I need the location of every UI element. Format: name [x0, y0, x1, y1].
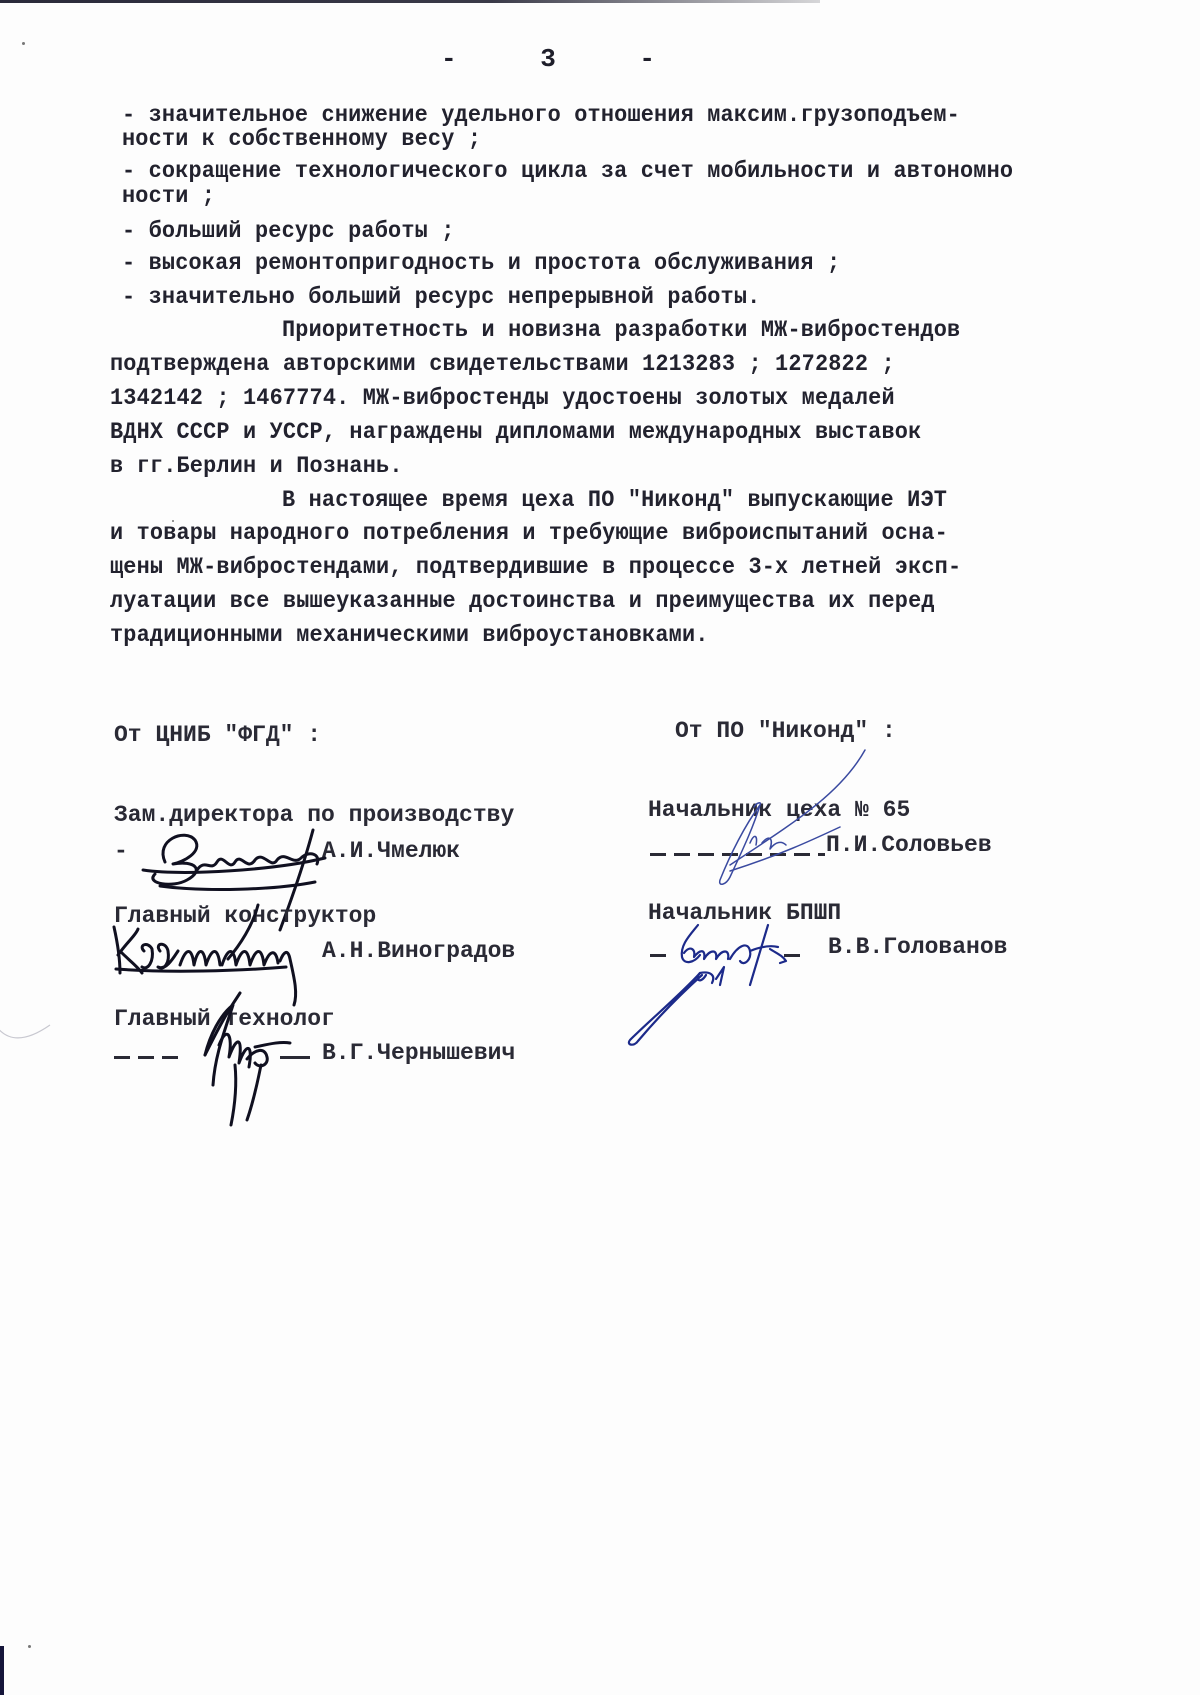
signatory-name: В.В.Голованов — [828, 934, 1007, 960]
list-item-line: - значительное снижение удельного отноше… — [122, 102, 960, 129]
signatory-heading: От ЦНИБ "ФГД" : — [114, 722, 321, 748]
list-item-line: - больший ресурс работы ; — [122, 218, 455, 245]
scan-speck — [28, 1645, 31, 1648]
paragraph-line: и товары народного потребления и требующ… — [110, 520, 948, 547]
signature-solovyev — [690, 745, 950, 890]
page-number: - 3 - — [0, 44, 1130, 74]
scan-edge-top — [0, 0, 820, 3]
list-item-line: - сокращение технологического цикла за с… — [122, 158, 1013, 185]
paragraph-line: 1342142 ; 1467774. МЖ-вибростенды удосто… — [110, 385, 895, 412]
scan-edge-mark — [0, 1646, 4, 1695]
paragraph-line: в гг.Берлин и Познань. — [110, 453, 403, 480]
paragraph-line: щены МЖ-вибростендами, подтвердившие в п… — [110, 554, 961, 581]
list-item-line: ности к собственному весу ; — [122, 126, 481, 153]
paragraph-line: ВДНХ СССР и УССР, награждены дипломами м… — [110, 419, 921, 446]
signatory-name: А.Н.Виноградов — [322, 938, 515, 964]
paragraph-line: Приоритетность и новизна разработки МЖ-в… — [282, 317, 960, 344]
paragraph-line: традиционными механическими виброустанов… — [110, 622, 709, 649]
signature-golovanov — [620, 905, 820, 1050]
paragraph-line: луатации все вышеуказанные достоинства и… — [110, 588, 935, 615]
signatory-heading: От ПО "Никонд" : — [675, 718, 896, 744]
list-item-line: - значительно больший ресурс непрерывной… — [122, 284, 760, 311]
punch-hole-arc — [0, 960, 70, 1070]
paragraph-line: В настоящее время цеха ПО "Никонд" выпус… — [282, 487, 947, 514]
signature-chernyshevich — [185, 985, 295, 1125]
paragraph-line: подтверждена авторскими свидетельствами … — [110, 351, 895, 378]
list-item-line: - высокая ремонтопригодность и простота … — [122, 250, 840, 277]
signatory-name: В.Г.Чернышевич — [322, 1040, 515, 1066]
list-item-line: ности ; — [122, 183, 215, 210]
signature-line — [114, 1056, 184, 1059]
